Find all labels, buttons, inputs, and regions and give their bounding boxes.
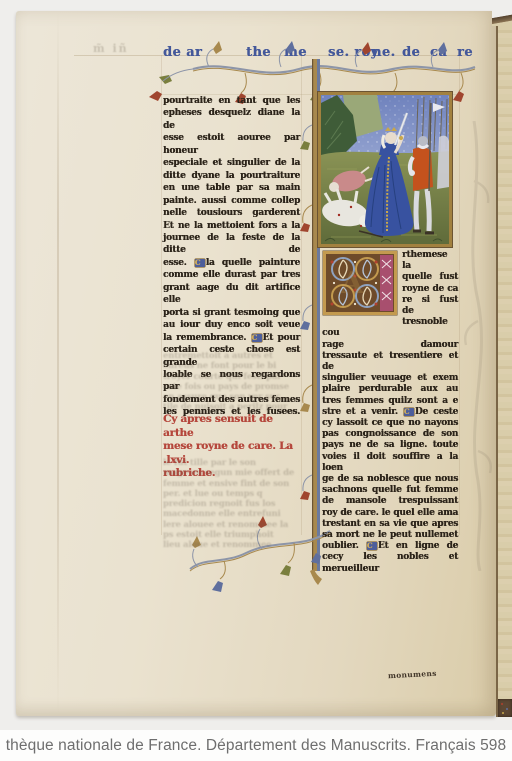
text-column-right: A rthemese laquelle fustroyne de care si… — [322, 250, 458, 575]
ruling-line — [161, 55, 162, 535]
fore-edge-illumination — [498, 699, 512, 717]
manuscript-page: m̃ iñ de ar the me se. roy ne. de ca re — [16, 11, 496, 716]
running-header-segment: de — [402, 45, 420, 60]
catchword: monumens — [388, 669, 437, 681]
manuscript-photo: m̃ iñ de ar the me se. roy ne. de ca re — [0, 0, 512, 761]
initial-letter: A — [339, 266, 364, 301]
shelfmark-caption: thèque nationale de France. Département … — [6, 737, 507, 755]
paraph-mark: C — [195, 259, 205, 267]
paraph-mark: C — [252, 334, 262, 342]
illuminated-initial: A — [322, 250, 398, 316]
running-header-segment: ca — [430, 45, 447, 60]
running-header-segment: de ar — [163, 45, 202, 60]
page-corner-notch — [492, 10, 512, 26]
gutter-crease — [57, 11, 59, 716]
background-soldier — [437, 136, 449, 189]
show-through-text: le fut tille par le sonmage en segun mie… — [163, 458, 300, 551]
show-through-mark: m̃ iñ — [93, 42, 129, 55]
show-through-flourish — [454, 121, 500, 571]
running-header-segment: re — [457, 45, 473, 60]
miniature-artemisia-battle — [318, 92, 452, 247]
running-header-segment: ne. — [372, 45, 395, 60]
running-header-segment: the — [246, 45, 271, 60]
running-header-segment: me — [284, 45, 307, 60]
running-header-segment: se. roy — [328, 45, 379, 60]
show-through-text: entremettoit a autres etcureus ne font p… — [163, 351, 300, 413]
paraph-mark: C — [367, 542, 377, 550]
library-caption-bar: thèque nationale de France. Département … — [0, 730, 512, 761]
book-fore-edge — [496, 10, 512, 717]
ruling-line — [459, 55, 460, 535]
paraph-mark: C — [404, 408, 414, 416]
